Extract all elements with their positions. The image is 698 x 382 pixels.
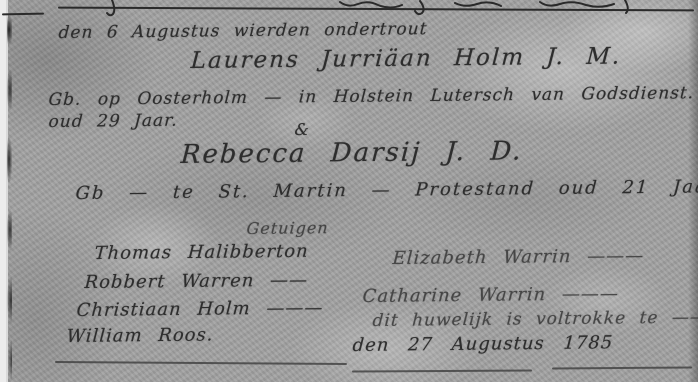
witnesses-heading: Getuigen <box>246 218 329 238</box>
witness-signature: William Roos. <box>66 324 214 347</box>
betrothal-date-line: den 6 Augustus wierden ondertrout <box>58 19 428 43</box>
marriage-date-line: den 27 Augustus 1785 <box>352 332 614 356</box>
marriage-note-line: dit huwelijk is voltrokke te —— <box>372 307 698 331</box>
page-left-edge <box>7 0 12 382</box>
witness-signature: Thomas Halibberton <box>94 241 309 264</box>
bride-name-line: Rebecca Darsij J. D. <box>180 136 524 170</box>
witness-signature: Catharine Warrin ——— <box>362 283 620 307</box>
ampersand-mark: & <box>294 120 310 139</box>
groom-age-line: oud 29 Jaar. <box>48 111 178 132</box>
document-scan: den 6 Augustus wierden ondertrout Lauren… <box>0 0 698 382</box>
witness-signature: Christiaan Holm ——— <box>76 297 324 321</box>
witness-signature: Robbert Warren —— <box>84 270 309 293</box>
groom-name-line: Laurens Jurriäan Holm J. M. <box>190 43 622 74</box>
witness-signature: Elizabeth Warrin ——— <box>392 245 645 269</box>
